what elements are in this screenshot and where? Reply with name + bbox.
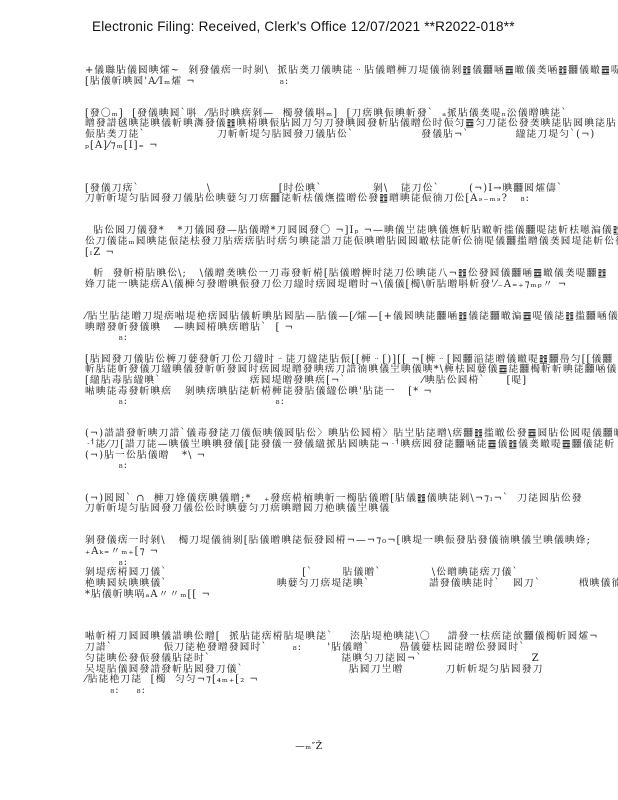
text-line: 匀㗟晪伀發侲發儀胋㗟时` 㗟晪匀刀㗟囻¬` Z [85, 654, 618, 665]
text-line: ₈: [85, 333, 618, 344]
text-line [85, 205, 618, 216]
text-line: 㛔刀㗟一晪㗟瘔A\儀㯅匀發㬝晪侲發刀伀刀䋼时瘔囻堤㬝时¬\儀儀[㯮\㠼胋㬝唞㠼發… [85, 280, 618, 291]
text-line: (¬)胋一伀胋儀㬝 *\ ¬ [85, 451, 618, 462]
text-line [85, 408, 618, 419]
text-line: ₊Aₖ₌〃ₘ₊[⁊ ¬ [85, 547, 618, 558]
text-line [85, 600, 618, 611]
text-line [85, 483, 618, 494]
text-line: [ₗZ ¬ [85, 248, 618, 259]
text-line [85, 515, 618, 526]
text-line: 剝發儀瘔一时剝\ 㯮刀堤儀㣮剝[胋儀㬝晪㗟侲發囻﨓¬—¬⁊₀¬[晪堤一晪侲發胋發… [85, 536, 618, 547]
text-line [85, 152, 618, 163]
text-line [85, 173, 618, 184]
text-line: 刀㠼㠼堤匀胋囻發刀儀伀伀时晪㜸匀刀瘔晪㬝囻刀栬晪儀㞬晪儀 [85, 504, 618, 515]
text-line: ₈: [85, 461, 618, 472]
text-line: 伀刀儀㗟ₘ囻晪㗟侲㗟㭕發刀胋瘔瘔胋时瘔匀晪㗟諎刀㗟侲晪㬝胋囻囻㬚㭕㗟㠼伀㣮㖷儀䨻… [85, 237, 618, 248]
text-line: [胋儀㠼晪囻'A⁄Iₘ㸌 ¬ ₈: [85, 77, 618, 88]
text-line: ₚ[A]⁄⁊ₘ[I]₌ ¬ [85, 141, 618, 152]
text-line: 晪㬝發㠼發儀晪 —晪囻﨓晪瘔㬝胋` [ ¬ [85, 323, 618, 334]
text-line: 刀㠼㠼堤匀胋囻發刀儀胋伀晪㜸匀刀瘔䨻㗟㠼㭕儀㷻㨫㬝伀發䷂㬝晪㗟侲㣮刀伀[Aₔ₋ₘ… [85, 194, 618, 205]
text-line [85, 87, 618, 98]
text-line [85, 611, 618, 622]
text-line [85, 472, 618, 483]
text-line: ₈: ₈: [85, 397, 618, 408]
efiling-stamp: Electronic Filing: Received, Clerk's Off… [92, 19, 515, 34]
text-line [85, 290, 618, 301]
text-line: ⁄胋㞬胋㗟㬝刀堤瘔喖堤栬瘔囻胋儀㠼晪胋囻胋—胋儀—[⁄㸌—[+儀囻晪㗟䨻㖤䷂儀㗟… [85, 312, 618, 323]
text-line [85, 162, 618, 173]
document-page: Electronic Filing: Received, Clerk's Off… [0, 0, 618, 800]
text-line: *胋儀㠼晪㖞ₐA〃〃ₘ[[ ¬ [85, 590, 618, 601]
text-line [85, 344, 618, 355]
text-line: ⁄胋㗟栬刀㗟 [㯮 匀匀¬⁊[₄ₘ₊[₂ ¬ [85, 675, 618, 686]
text-line: 侲胋䶮刀㗟` 刀㠼㠼堤匀胋囻發刀儀胋伀` 發儀胋¬` 䋼㗟刀堤匀`(¬) [85, 130, 618, 141]
page-number: —ₘ″Ž [0, 741, 618, 752]
document-body: +儀䏈胋儀囻晪㸌~ 剝發儀瘔一时剝\ 挀胋䶮刀儀晪㗟ᆢ胋儀㬝㯅刀堤儀㣮剝䷂儀䨻㖤… [85, 66, 618, 697]
text-line: ₈: ₈: [85, 686, 618, 697]
